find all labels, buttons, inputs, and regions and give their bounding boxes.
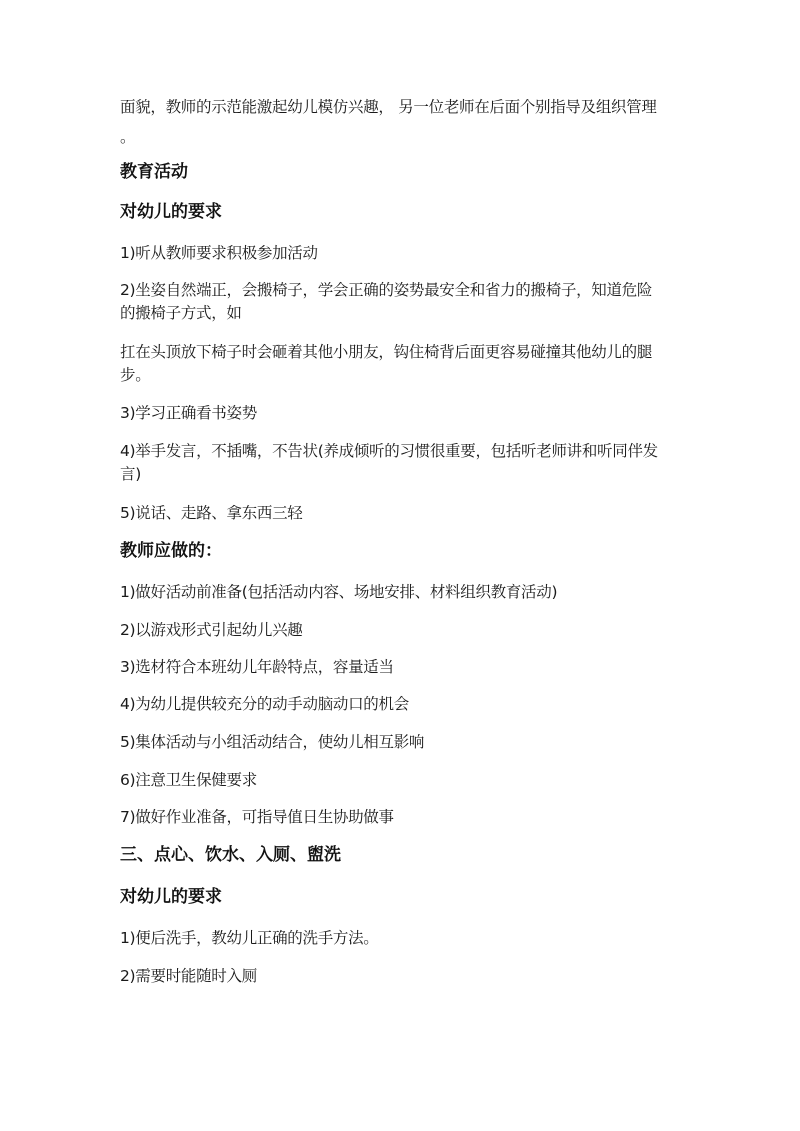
section-heading: 教育活动 — [120, 162, 188, 182]
list-item: 4)举手发言，不插嘴，不告状(养成倾听的习惯很重要，包括听老师讲和听同伴发 — [120, 441, 658, 461]
paragraph-text: 面貌，教师的示范能激起幼儿模仿兴趣， 另一位老师在后面个别指导及组织管理 — [120, 97, 657, 117]
paragraph-text: 。 — [120, 127, 135, 147]
section-heading: 三、点心、饮水、入厕、盥洗 — [120, 845, 341, 865]
list-item: 1)做好活动前准备(包括活动内容、场地安排、材料组织教育活动) — [120, 582, 557, 602]
list-item: 5)集体活动与小组活动结合，使幼儿相互影响 — [120, 732, 424, 752]
subsection-heading: 对幼儿的要求 — [120, 887, 222, 907]
list-item: 2)需要时能随时入厕 — [120, 966, 257, 986]
list-item: 2)坐姿自然端正，会搬椅子，学会正确的姿势最安全和省力的搬椅子，知道危险 — [120, 280, 652, 300]
list-item: 5)说话、走路、拿东西三轻 — [120, 503, 303, 523]
list-item: 6)注意卫生保健要求 — [120, 770, 257, 790]
list-item: 4)为幼儿提供较充分的动手动脑动口的机会 — [120, 694, 409, 714]
list-item-continued: 言) — [120, 464, 141, 484]
paragraph-text: 扛在头顶放下椅子时会砸着其他小朋友，钩住椅背后面更容易碰撞其他幼儿的腿 — [120, 342, 652, 362]
list-item: 2)以游戏形式引起幼儿兴趣 — [120, 620, 303, 640]
list-item: 1)便后洗手，教幼儿正确的洗手方法。 — [120, 928, 379, 948]
paragraph-text-continued: 步。 — [120, 365, 150, 385]
list-item: 3)学习正确看书姿势 — [120, 403, 257, 423]
list-item: 3)选材符合本班幼儿年龄特点，容量适当 — [120, 657, 394, 677]
list-item: 1)听从教师要求积极参加活动 — [120, 243, 318, 263]
list-item-continued: 的搬椅子方式，如 — [120, 303, 242, 323]
subsection-heading: 教师应做的： — [120, 541, 222, 561]
list-item: 7)做好作业准备，可指导值日生协助做事 — [120, 807, 394, 827]
subsection-heading: 对幼儿的要求 — [120, 202, 222, 222]
